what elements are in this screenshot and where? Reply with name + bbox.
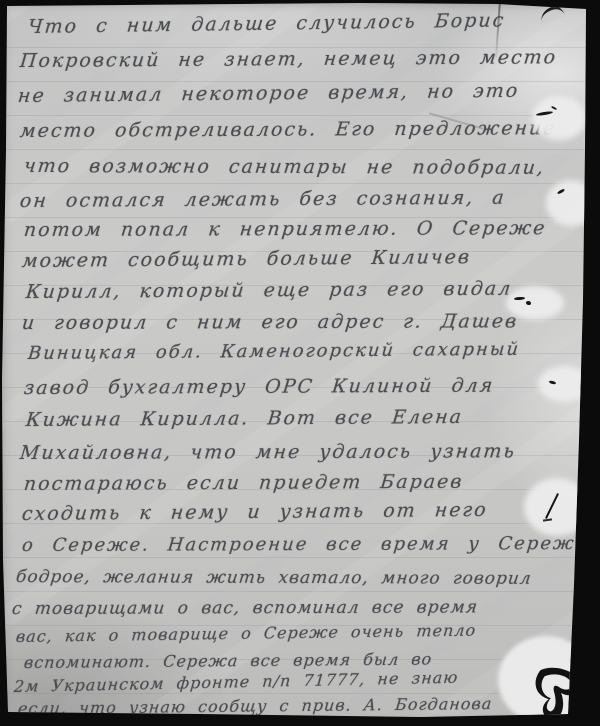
scanned-letter-page: { "document": { "kind": "handwritten-let… [0,0,600,726]
scan-vignette [0,0,600,726]
letter-paper-sheet: Что с ним дальше случилось Борис Покровс… [0,0,600,726]
